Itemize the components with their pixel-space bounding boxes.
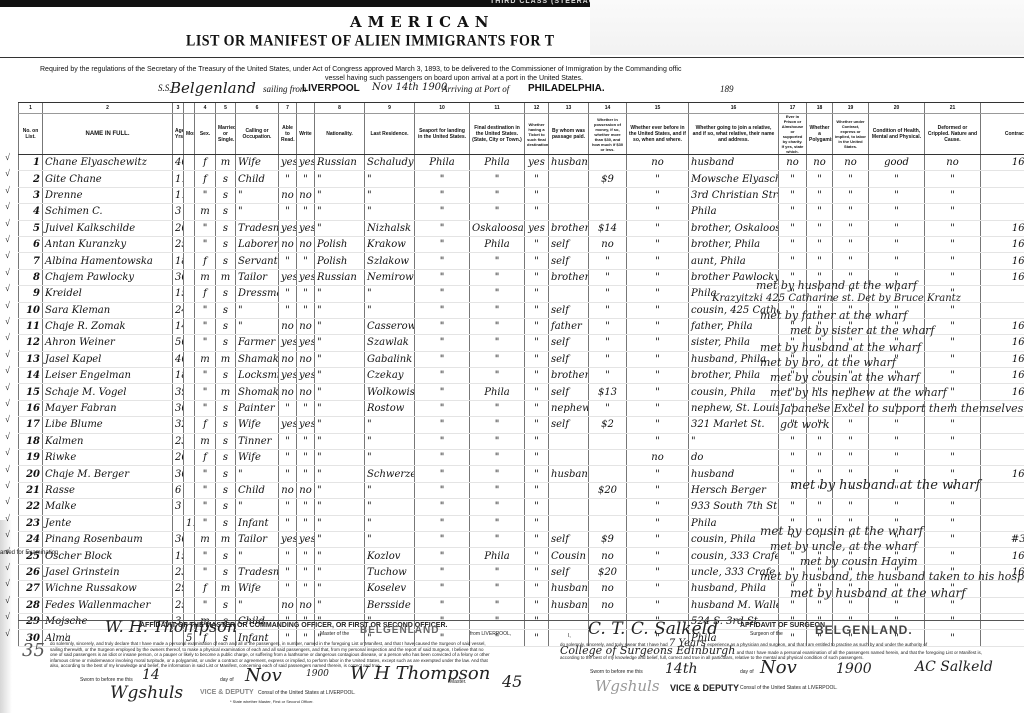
contract-ticket-no: 16939 bbox=[981, 236, 1024, 252]
can-write: no bbox=[297, 597, 315, 613]
occupation: Tailor bbox=[236, 531, 279, 547]
final-destination: " bbox=[470, 302, 525, 318]
marital-status: m bbox=[216, 351, 236, 367]
passage-paid-by: self bbox=[549, 417, 589, 433]
seaport: " bbox=[415, 548, 470, 564]
ever-before: " bbox=[627, 548, 689, 564]
can-write: " bbox=[297, 204, 315, 220]
handwritten-note: Japanese Excel to support them themselve… bbox=[780, 402, 1023, 415]
has-ticket: " bbox=[525, 466, 549, 482]
contract: " bbox=[833, 171, 869, 187]
health: " bbox=[869, 433, 925, 449]
row-number: 1 bbox=[19, 155, 43, 171]
seaport: " bbox=[415, 236, 470, 252]
contract: no bbox=[833, 155, 869, 171]
money: " bbox=[589, 368, 627, 384]
polygamist: no bbox=[807, 155, 833, 171]
final-destination: Phila bbox=[470, 236, 525, 252]
header-final-destination: Final destination in the United States. … bbox=[470, 114, 525, 155]
ever-before: " bbox=[627, 204, 689, 220]
sex: " bbox=[195, 400, 216, 416]
passage-paid-by: self bbox=[549, 531, 589, 547]
age-months bbox=[184, 368, 195, 384]
has-ticket: " bbox=[525, 335, 549, 351]
passage-paid-by bbox=[549, 286, 589, 302]
row-number: 4 bbox=[19, 204, 43, 220]
can-write: no bbox=[297, 384, 315, 400]
seaport: " bbox=[415, 581, 470, 597]
surgeon-affidavit: AFFIDAVIT OF SURGEON. I, C. T. C. Salkel… bbox=[560, 622, 1020, 691]
sex: m bbox=[195, 204, 216, 220]
handwritten-note: Krazyitzki 425 Catharine st. Det by Bruc… bbox=[712, 293, 961, 304]
nationality: " bbox=[315, 335, 365, 351]
occupation: " bbox=[236, 466, 279, 482]
age-years: 40 bbox=[173, 155, 184, 171]
money: $9 bbox=[589, 531, 627, 547]
contract-ticket-no: 16941 bbox=[981, 269, 1024, 285]
has-ticket: " bbox=[525, 384, 549, 400]
has-ticket: " bbox=[525, 531, 549, 547]
sworn-label: Sworn to before me this bbox=[590, 669, 643, 675]
joining-relative: brother, Oskaloosa bbox=[689, 220, 779, 236]
header-health: Condition of Health, Mental and Physical… bbox=[869, 114, 925, 155]
joining-relative: husband bbox=[689, 466, 779, 482]
occupation: Wife bbox=[236, 417, 279, 433]
checkmark-icon: √ bbox=[5, 611, 10, 621]
table-row: 5Juivel Kalkschilde20"sTradesmanyesyes"N… bbox=[19, 220, 1024, 236]
header-write: Write bbox=[297, 114, 315, 155]
colnum: 9 bbox=[365, 103, 415, 114]
ever-before: " bbox=[627, 302, 689, 318]
marital-status: s bbox=[216, 466, 236, 482]
has-ticket: " bbox=[525, 269, 549, 285]
joining-relative: cousin, Phila bbox=[689, 384, 779, 400]
deformed: " bbox=[925, 236, 981, 252]
age-months bbox=[184, 564, 195, 580]
money: " bbox=[589, 400, 627, 416]
handwritten-note: met by his nephew at the wharf bbox=[770, 386, 947, 399]
final-destination: " bbox=[470, 515, 525, 531]
day-of-label: day of bbox=[220, 677, 234, 683]
contract-ticket-no: " bbox=[981, 204, 1024, 220]
ever-before: " bbox=[627, 531, 689, 547]
final-destination: " bbox=[470, 597, 525, 613]
checkmark-icon: √ bbox=[5, 201, 10, 211]
passenger-name: Libe Blume bbox=[43, 417, 173, 433]
row-number: 28 bbox=[19, 597, 43, 613]
can-write: " bbox=[297, 286, 315, 302]
table-row: 17Libe Blume32fsWifeyesyes"""""self$2"32… bbox=[19, 417, 1024, 433]
sex: " bbox=[195, 220, 216, 236]
colnum: 14 bbox=[589, 103, 627, 114]
handwritten-note: met by father at the wharf bbox=[760, 309, 907, 322]
seaport: " bbox=[415, 400, 470, 416]
ever-before: no bbox=[627, 450, 689, 466]
nationality: Polish bbox=[315, 253, 365, 269]
age-years: 6 bbox=[173, 482, 184, 498]
ever-before: " bbox=[627, 499, 689, 515]
marital-status: s bbox=[216, 187, 236, 203]
final-destination: " bbox=[470, 335, 525, 351]
can-read: no bbox=[279, 384, 297, 400]
joining-relative: husband bbox=[689, 155, 779, 171]
row-number: 27 bbox=[19, 581, 43, 597]
has-ticket: " bbox=[525, 302, 549, 318]
money bbox=[589, 155, 627, 171]
final-destination: " bbox=[470, 433, 525, 449]
can-write: no bbox=[297, 236, 315, 252]
age-months bbox=[184, 269, 195, 285]
ever-before: " bbox=[627, 384, 689, 400]
marital-status: s bbox=[216, 564, 236, 580]
header-money: Whether in possession of money, if so, w… bbox=[589, 114, 627, 155]
marital-status: s bbox=[216, 335, 236, 351]
nationality: " bbox=[315, 466, 365, 482]
contract-ticket-no: " bbox=[981, 482, 1024, 498]
final-destination: Oskaloosa Ia. bbox=[470, 220, 525, 236]
prison: " bbox=[779, 187, 807, 203]
row-number: 12 bbox=[19, 335, 43, 351]
can-write: yes bbox=[297, 368, 315, 384]
final-destination: " bbox=[470, 450, 525, 466]
deformed: " bbox=[925, 548, 981, 564]
day-of-label: day of bbox=[740, 669, 754, 675]
age-years: 24 bbox=[173, 302, 184, 318]
passenger-name: Malke bbox=[43, 499, 173, 515]
colnum: 11 bbox=[470, 103, 525, 114]
can-read: no bbox=[279, 318, 297, 334]
can-read: " bbox=[279, 171, 297, 187]
contract: " bbox=[833, 499, 869, 515]
occupation: Shamaker bbox=[236, 351, 279, 367]
header-occupation: Calling or Occupation. bbox=[236, 114, 279, 155]
marital-status: s bbox=[216, 400, 236, 416]
title-list-manifest: LIST OR MANIFEST OF ALIEN IMMIGRANTS FOR… bbox=[186, 33, 555, 51]
passage-paid-by bbox=[549, 515, 589, 531]
can-read: yes bbox=[279, 220, 297, 236]
age-years: 30 bbox=[173, 466, 184, 482]
colnum: 20 bbox=[869, 103, 925, 114]
prison: no bbox=[779, 155, 807, 171]
seaport: " bbox=[415, 384, 470, 400]
nationality: " bbox=[315, 499, 365, 515]
ever-before: " bbox=[627, 368, 689, 384]
money bbox=[589, 187, 627, 203]
can-write: " bbox=[297, 433, 315, 449]
occupation: Farmer bbox=[236, 335, 279, 351]
passenger-name: Chajem Pawlocky bbox=[43, 269, 173, 285]
table-row: 22Malke3"s"""""""""933 South 7th St"""""… bbox=[19, 499, 1024, 515]
prison: " bbox=[779, 450, 807, 466]
polygamist: " bbox=[807, 187, 833, 203]
marital-status: s bbox=[216, 433, 236, 449]
checkmark-icon: √ bbox=[5, 398, 10, 408]
colnum bbox=[184, 103, 195, 114]
can-read: " bbox=[279, 286, 297, 302]
age-years: 3 bbox=[173, 499, 184, 515]
colnum: 21 bbox=[925, 103, 981, 114]
row-number: 24 bbox=[19, 531, 43, 547]
contract: " bbox=[833, 187, 869, 203]
occupation: Infant bbox=[236, 515, 279, 531]
last-residence: Tuchow bbox=[365, 564, 415, 580]
nationality: " bbox=[315, 433, 365, 449]
money bbox=[589, 499, 627, 515]
sex: m bbox=[195, 433, 216, 449]
seaport: " bbox=[415, 187, 470, 203]
passenger-name: Schimen C. bbox=[43, 204, 173, 220]
can-read: yes bbox=[279, 269, 297, 285]
marital-status: s bbox=[216, 499, 236, 515]
colnum: 19 bbox=[833, 103, 869, 114]
final-destination: " bbox=[470, 564, 525, 580]
has-ticket: " bbox=[525, 400, 549, 416]
colnum bbox=[297, 103, 315, 114]
occupation: Dressmaker bbox=[236, 286, 279, 302]
passage-paid-by: husband bbox=[549, 466, 589, 482]
deformed: " bbox=[925, 302, 981, 318]
has-ticket: " bbox=[525, 187, 549, 203]
age-months bbox=[184, 286, 195, 302]
ever-before: " bbox=[627, 253, 689, 269]
contract-ticket-no: 16943 bbox=[981, 318, 1024, 334]
last-residence: " bbox=[365, 482, 415, 498]
sex: f bbox=[195, 581, 216, 597]
handwritten-note: met by cousin Hayim bbox=[800, 555, 918, 568]
polygamist: " bbox=[807, 220, 833, 236]
row-number: 2 bbox=[19, 171, 43, 187]
contract: " bbox=[833, 253, 869, 269]
checkmark-icon: √ bbox=[5, 349, 10, 359]
deformed: " bbox=[925, 368, 981, 384]
polygamist: " bbox=[807, 236, 833, 252]
age-years: 18 bbox=[173, 253, 184, 269]
handwritten-note: met by uncle, at the wharf bbox=[770, 540, 917, 553]
passage-paid-by: self bbox=[549, 253, 589, 269]
seaport: " bbox=[415, 531, 470, 547]
colnum: 18 bbox=[807, 103, 833, 114]
checkmark-icon: √ bbox=[5, 496, 10, 506]
has-ticket: " bbox=[525, 630, 549, 646]
column-header-row: No. on List. NAME IN FULL. Age. Yrs. Mos… bbox=[19, 114, 1024, 155]
last-residence: Krakow bbox=[365, 236, 415, 252]
ship-name: Belgenland bbox=[170, 79, 256, 97]
master-signature: W H Thompson bbox=[350, 663, 490, 684]
handwritten-note: met by husband at the wharf bbox=[760, 341, 921, 354]
contract-ticket-no bbox=[981, 417, 1024, 433]
passenger-name: Leiser Engelman bbox=[43, 368, 173, 384]
can-write: " bbox=[297, 499, 315, 515]
nationality: " bbox=[315, 220, 365, 236]
colnum: 16 bbox=[689, 103, 779, 114]
colnum: 5 bbox=[216, 103, 236, 114]
can-write: yes bbox=[297, 335, 315, 351]
final-destination: Phila bbox=[470, 155, 525, 171]
colnum: 1 bbox=[19, 103, 43, 114]
health: " bbox=[869, 417, 925, 433]
money: no bbox=[589, 597, 627, 613]
checkmark-icon: √ bbox=[5, 464, 10, 474]
prison: " bbox=[779, 236, 807, 252]
row-number: 29 bbox=[19, 613, 43, 629]
money bbox=[589, 515, 627, 531]
required-notice-line2: vessel having such passengers on board u… bbox=[325, 75, 583, 82]
seaport: " bbox=[415, 417, 470, 433]
header-married-single: Married or Single. bbox=[216, 114, 236, 155]
age-years: 23 bbox=[173, 433, 184, 449]
passenger-name: Juivel Kalkschilde bbox=[43, 220, 173, 236]
seaport: " bbox=[415, 302, 470, 318]
consul-label: Consul of the United States at LIVERPOOL… bbox=[740, 685, 838, 691]
can-read: no bbox=[279, 236, 297, 252]
surgeon-ship: BELGENLAND. bbox=[815, 623, 913, 637]
year-suffix: 189 bbox=[720, 84, 734, 94]
deformed: " bbox=[925, 433, 981, 449]
port-to: PHILADELPHIA. bbox=[528, 83, 605, 94]
row-number: 5 bbox=[19, 220, 43, 236]
deformed: " bbox=[925, 335, 981, 351]
final-destination: " bbox=[470, 187, 525, 203]
can-write: " bbox=[297, 548, 315, 564]
deformed: " bbox=[925, 253, 981, 269]
can-write: " bbox=[297, 581, 315, 597]
ever-before: " bbox=[627, 482, 689, 498]
header-age-yrs: Age. Yrs. bbox=[173, 114, 184, 155]
health: " bbox=[869, 220, 925, 236]
health: " bbox=[869, 499, 925, 515]
row-number: 23 bbox=[19, 515, 43, 531]
passenger-name: Kreidel bbox=[43, 286, 173, 302]
joining-relative: brother, Phila bbox=[689, 236, 779, 252]
table-row: 2Gite Chane11fsChild"""""""$9"Mowsche El… bbox=[19, 171, 1024, 187]
row-number: 13 bbox=[19, 351, 43, 367]
last-residence: " bbox=[365, 531, 415, 547]
can-read: no bbox=[279, 597, 297, 613]
colnum: 6 bbox=[236, 103, 279, 114]
marital-status: s bbox=[216, 318, 236, 334]
age-years: 11 bbox=[173, 171, 184, 187]
seaport: " bbox=[415, 482, 470, 498]
nationality: " bbox=[315, 515, 365, 531]
checkmark-icon: √ bbox=[5, 431, 10, 441]
can-write: yes bbox=[297, 417, 315, 433]
checkmark-icon: √ bbox=[5, 267, 10, 277]
has-ticket: " bbox=[525, 253, 549, 269]
nationality: " bbox=[315, 581, 365, 597]
seaport: " bbox=[415, 597, 470, 613]
age-months: 11 bbox=[184, 515, 195, 531]
ever-before: " bbox=[627, 269, 689, 285]
row-number: 10 bbox=[19, 302, 43, 318]
handwritten-note: met by cousin at the wharf bbox=[770, 371, 920, 384]
can-read: " bbox=[279, 581, 297, 597]
marital-status: s bbox=[216, 597, 236, 613]
health: " bbox=[869, 204, 925, 220]
has-ticket: " bbox=[525, 351, 549, 367]
table-row: 3Drenne11"s"nono""""""3rd Christian Stre… bbox=[19, 187, 1024, 203]
table-row: 7Albina Hamentowska18fsServant""PolishSz… bbox=[19, 253, 1024, 269]
deformed: " bbox=[925, 417, 981, 433]
colnum: 7 bbox=[279, 103, 297, 114]
marital-status: s bbox=[216, 482, 236, 498]
marital-status: s bbox=[216, 417, 236, 433]
last-residence: " bbox=[365, 417, 415, 433]
deformed: " bbox=[925, 450, 981, 466]
passage-paid-by bbox=[549, 204, 589, 220]
row-number: 18 bbox=[19, 433, 43, 449]
can-write: yes bbox=[297, 269, 315, 285]
can-read: " bbox=[279, 302, 297, 318]
prison: " bbox=[779, 499, 807, 515]
health: " bbox=[869, 253, 925, 269]
can-write: " bbox=[297, 450, 315, 466]
contract-ticket-no bbox=[981, 286, 1024, 302]
marital-status: m bbox=[216, 581, 236, 597]
marital-status: m bbox=[216, 384, 236, 400]
checkmark-icon: √ bbox=[5, 578, 10, 588]
last-residence: Bersside bbox=[365, 597, 415, 613]
last-residence: Wolkowisk bbox=[365, 384, 415, 400]
nationality: " bbox=[315, 400, 365, 416]
has-ticket: " bbox=[525, 286, 549, 302]
seaport: " bbox=[415, 204, 470, 220]
final-destination: " bbox=[470, 204, 525, 220]
has-ticket: yes bbox=[525, 220, 549, 236]
occupation: " bbox=[236, 302, 279, 318]
money bbox=[589, 433, 627, 449]
can-write: yes bbox=[297, 220, 315, 236]
nationality: Russian bbox=[315, 155, 365, 171]
colnum: 8 bbox=[315, 103, 365, 114]
last-residence: " bbox=[365, 433, 415, 449]
can-write: " bbox=[297, 171, 315, 187]
i-label: I, bbox=[568, 633, 571, 639]
age-years: 30 bbox=[173, 400, 184, 416]
can-read: " bbox=[279, 548, 297, 564]
can-write: " bbox=[297, 515, 315, 531]
row-number: 21 bbox=[19, 482, 43, 498]
passage-paid-by: husband bbox=[549, 155, 589, 171]
last-residence: Koselev bbox=[365, 581, 415, 597]
money: $13 bbox=[589, 384, 627, 400]
sex: m bbox=[195, 269, 216, 285]
checkmark-icon: √ bbox=[5, 168, 10, 178]
age-years: 39 bbox=[173, 384, 184, 400]
occupation: " bbox=[236, 597, 279, 613]
last-residence: " bbox=[365, 302, 415, 318]
passenger-name: Mayer Fabran bbox=[43, 400, 173, 416]
age-years: 18 bbox=[173, 368, 184, 384]
checkmark-icon: √ bbox=[5, 300, 10, 310]
passage-paid-by bbox=[549, 450, 589, 466]
contract-ticket-no: 16946 bbox=[981, 368, 1024, 384]
final-destination: " bbox=[470, 269, 525, 285]
nationality: Polish bbox=[315, 236, 365, 252]
contract-ticket-no: 16951 bbox=[981, 548, 1024, 564]
can-read: " bbox=[279, 564, 297, 580]
passenger-name: Kalmen bbox=[43, 433, 173, 449]
deformed: " bbox=[925, 269, 981, 285]
contract-ticket-no: 16937 bbox=[981, 155, 1024, 171]
consul-signature: Wgshuls bbox=[110, 683, 183, 703]
header-contract: Whether under Contract, express or impli… bbox=[833, 114, 869, 155]
row-number: 19 bbox=[19, 450, 43, 466]
table-row: 4Schimen C.3ms"""""""""Phila"""""" bbox=[19, 204, 1024, 220]
can-read: " bbox=[279, 433, 297, 449]
money: " bbox=[589, 318, 627, 334]
deformed: " bbox=[925, 499, 981, 515]
colnum: 15 bbox=[627, 103, 689, 114]
